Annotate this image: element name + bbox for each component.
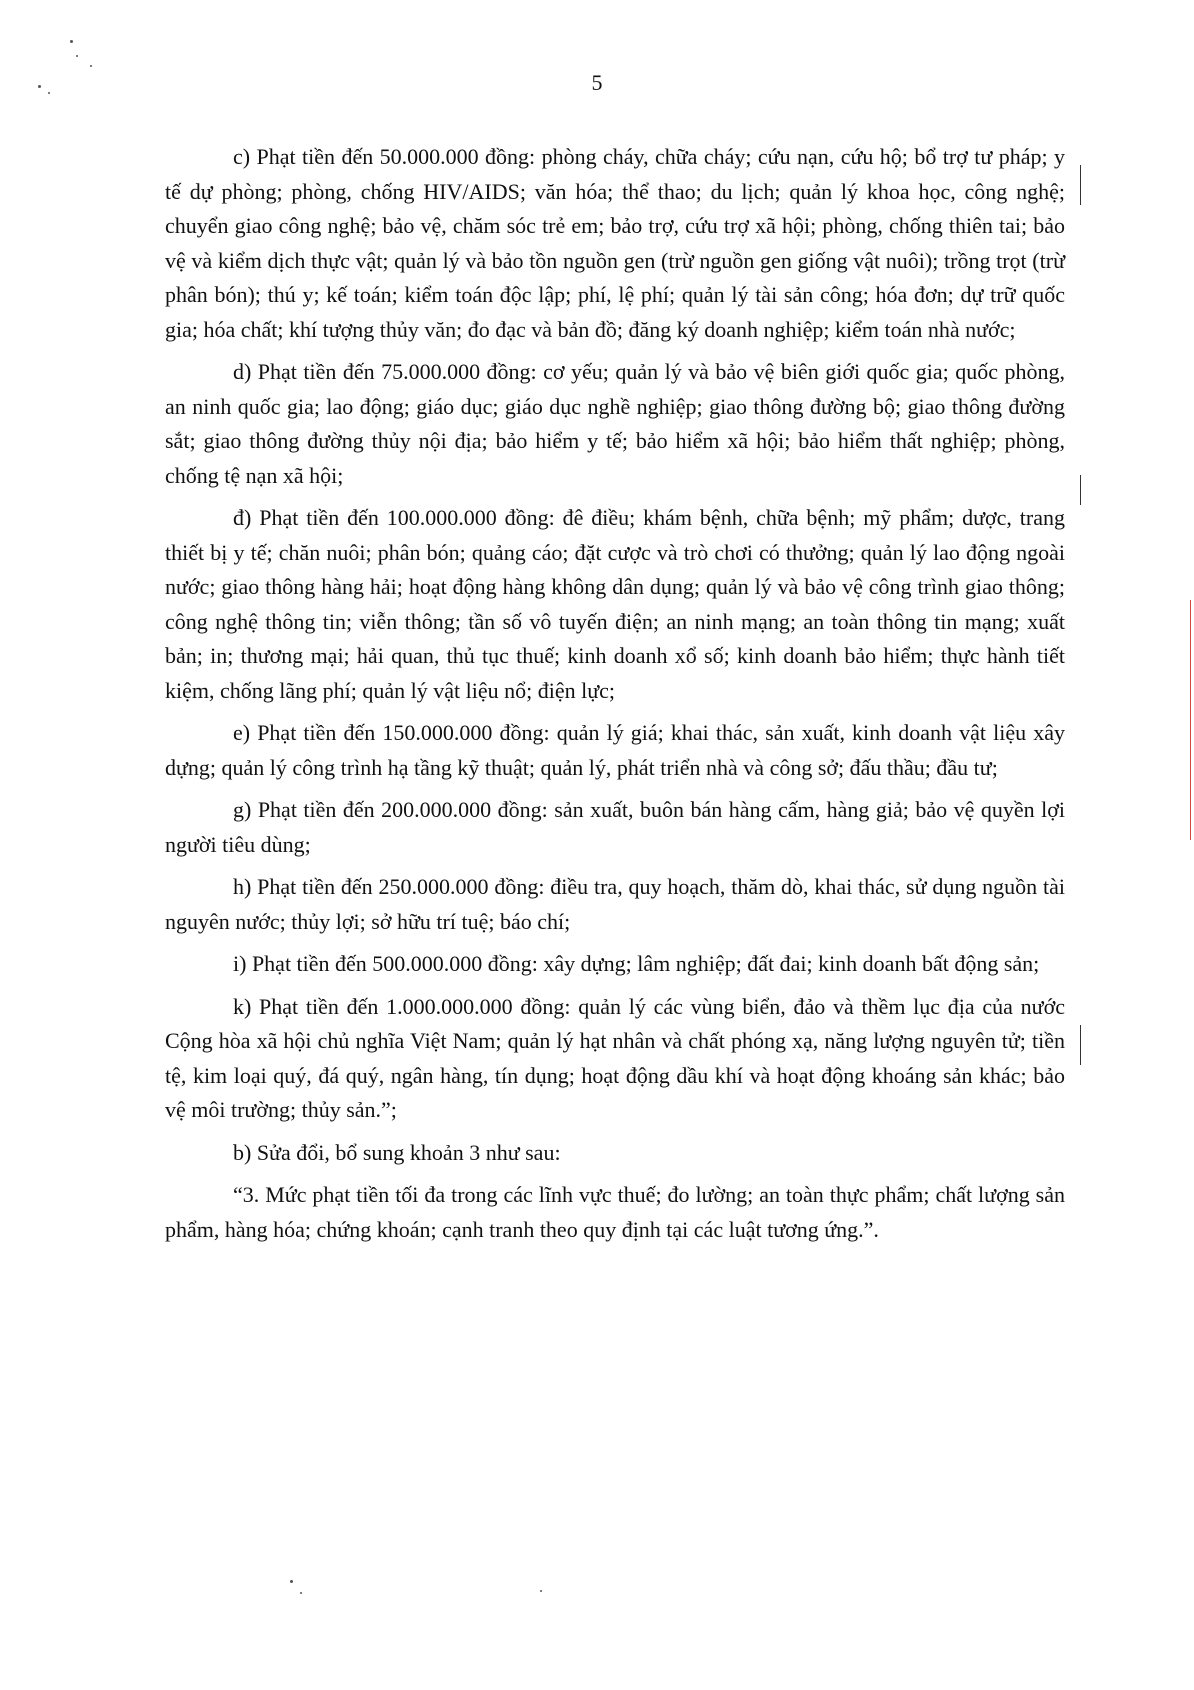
- scan-speck: [300, 1592, 302, 1594]
- paragraph-i-fine-500m: i) Phạt tiền đến 500.000.000 đồng: xây d…: [165, 947, 1065, 982]
- paragraph-k-fine-1b: k) Phạt tiền đến 1.000.000.000 đồng: quả…: [165, 990, 1065, 1128]
- scan-speck: [540, 1590, 542, 1592]
- paragraph-b-amend-clause-3: b) Sửa đổi, bổ sung khoản 3 như sau:: [165, 1136, 1065, 1171]
- scan-speck: [290, 1580, 293, 1583]
- scan-speck: [48, 92, 50, 94]
- paragraph-c-fine-50m: c) Phạt tiền đến 50.000.000 đồng: phòng …: [165, 140, 1065, 347]
- paragraph-clause-3-quote: “3. Mức phạt tiền tối đa trong các lĩnh …: [165, 1178, 1065, 1247]
- scan-speck: [90, 65, 92, 67]
- paragraph-d-fine-75m: d) Phạt tiền đến 75.000.000 đồng: cơ yếu…: [165, 355, 1065, 493]
- scan-speck: [38, 85, 41, 88]
- scan-edge-line: [1080, 475, 1081, 505]
- page-number: 5: [0, 70, 1194, 96]
- scan-speck: [70, 40, 73, 43]
- scan-edge-line: [1080, 1025, 1081, 1065]
- scan-edge-line: [1080, 165, 1081, 205]
- document-body: c) Phạt tiền đến 50.000.000 đồng: phòng …: [165, 140, 1065, 1255]
- paragraph-g-fine-200m: g) Phạt tiền đến 200.000.000 đồng: sản x…: [165, 793, 1065, 862]
- scan-speck: [76, 55, 78, 57]
- paragraph-e-fine-150m: e) Phạt tiền đến 150.000.000 đồng: quản …: [165, 716, 1065, 785]
- paragraph-h-fine-250m: h) Phạt tiền đến 250.000.000 đồng: điều …: [165, 870, 1065, 939]
- scan-edge-line: [1190, 600, 1191, 840]
- paragraph-dd-fine-100m: đ) Phạt tiền đến 100.000.000 đồng: đê đi…: [165, 501, 1065, 708]
